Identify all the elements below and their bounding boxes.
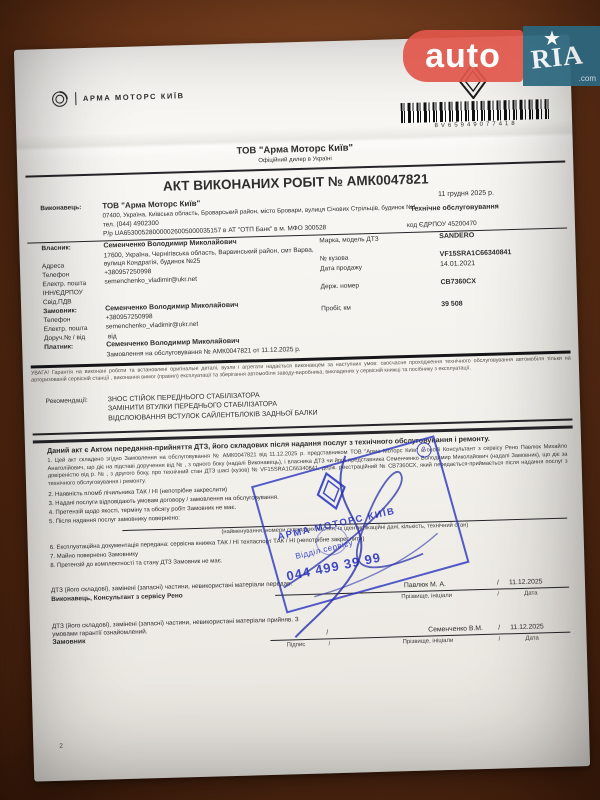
executor-label: Виконавець: [40, 204, 81, 213]
customer-caption-slash1: / [329, 641, 331, 648]
customer-date-caption: Дата [525, 635, 538, 643]
customer-name: Семенченко Володимир Миколайович [105, 302, 239, 314]
owner-email: semenchenko_vladimir@ukr.net [104, 276, 197, 286]
customer-sig-line1: ДТЗ (його складові), замінені (запасні) … [52, 616, 299, 630]
autoria-auto-label: auto [425, 37, 501, 76]
logo-divider [75, 92, 76, 105]
executor-date-caption: Дата [524, 590, 537, 598]
customer-sig-label: Замовник [52, 638, 85, 647]
vehicle-mileage-label: Пробіг, км [321, 305, 351, 314]
inn-label: ІНН/ЄДРПОУ [43, 289, 83, 298]
vehicle-sale-label: Дата продажу [320, 264, 362, 273]
customer-sig-slash2: / [498, 625, 500, 633]
address-label: Адреса [42, 263, 64, 271]
act-date: 11 грудня 2025 р. [438, 190, 494, 200]
owner-address2: вулиця Кондратія, будинок №25 [104, 258, 201, 268]
owner-label: Власник: [41, 244, 71, 253]
payer-label: Платник: [44, 343, 73, 352]
vehicle-reg-label: Держ. номер [321, 282, 360, 291]
customer-name-caption: Прізвище, ініціали [402, 638, 453, 647]
page-number: 2 [59, 743, 63, 751]
logo-text: АРМА МОТОРС КИЇВ [83, 91, 185, 103]
executor-caption-slash: / [497, 592, 499, 599]
act-clause-5: 5. Після надання послуг замовнику поверн… [49, 515, 180, 526]
vehicle-body: VF15SRA1C66340841 [440, 249, 512, 259]
owner-email-label: Електр. пошта [42, 280, 86, 289]
arma-logo-icon [51, 90, 68, 107]
ria-com-label: .com [579, 74, 596, 83]
executor-edrpou: код ЄДРПОУ 45200470 [407, 220, 477, 230]
stamp-corner-number: 3 [415, 441, 433, 459]
executor-sig-name: Павлюк М. А. [404, 581, 446, 590]
recommendations-label: Рекомендації: [46, 397, 88, 406]
vehicle-body-label: № кузова [320, 255, 349, 264]
customer-label: Замовник: [43, 307, 77, 316]
vehicle-make: SANDERO [439, 232, 474, 241]
ria-label: RIA [530, 39, 585, 75]
document-sheet: АРМА МОТОРС КИЇВ 8V65949077418 ТОВ "Арма… [14, 34, 590, 781]
customer-sign-caption: Підпис [287, 642, 306, 650]
executor-phone: тел. (044) 4902300 [103, 220, 159, 229]
barcode [401, 99, 551, 123]
executor-sig-slash: / [497, 580, 499, 588]
executor-sig-line2: Виконавець, Консультант з сервісу Рено [51, 592, 183, 603]
vehicle-mileage: 39 508 [441, 300, 463, 309]
customer-email-label: Електр. пошта [44, 325, 88, 334]
owner-phone-label: Телефон [42, 271, 69, 280]
customer-phone-label: Телефон [43, 316, 70, 325]
customer-sig-line2: умовами гарантії ознайомлений. [52, 628, 147, 638]
doruch-value: від [108, 333, 117, 341]
act-clause-7: 7. Майно повернено Замовнику [50, 552, 138, 562]
customer-sig-date: 11.12.2025 [510, 623, 544, 632]
autoria-watermark-auto: auto [403, 30, 523, 82]
customer-email: semenchenko_vladimir@ukr.net [106, 321, 199, 331]
customer-caption-slash2: / [498, 637, 500, 644]
owner-phone: +380957250998 [104, 268, 151, 277]
executor-sig-date: 11.12.2025 [509, 578, 543, 587]
customer-phone: +380957250998 [105, 313, 152, 322]
autoria-watermark-ria: ★ RIA .com [523, 26, 600, 86]
service-type: Технічне обслуговування [410, 203, 499, 214]
arma-logo: АРМА МОТОРС КИЇВ [51, 87, 185, 108]
svid-label: Свід.ПДВ [43, 298, 72, 307]
vehicle-reg-number: CB7360CX [440, 278, 476, 287]
vehicle-make-label: Марка, модель ДТЗ [319, 236, 378, 245]
doruch-label: Доруч.№ / від [44, 334, 85, 343]
vehicle-sale-date: 14.01.2021 [440, 260, 475, 269]
customer-sig-slash1: / [326, 629, 328, 637]
stamp-renault-diamond-icon [310, 467, 352, 514]
executor-name-caption: Прізвище, ініціали [401, 593, 452, 602]
stamp-company-name: АРМА МОТОРС КИЇВ [277, 506, 397, 543]
